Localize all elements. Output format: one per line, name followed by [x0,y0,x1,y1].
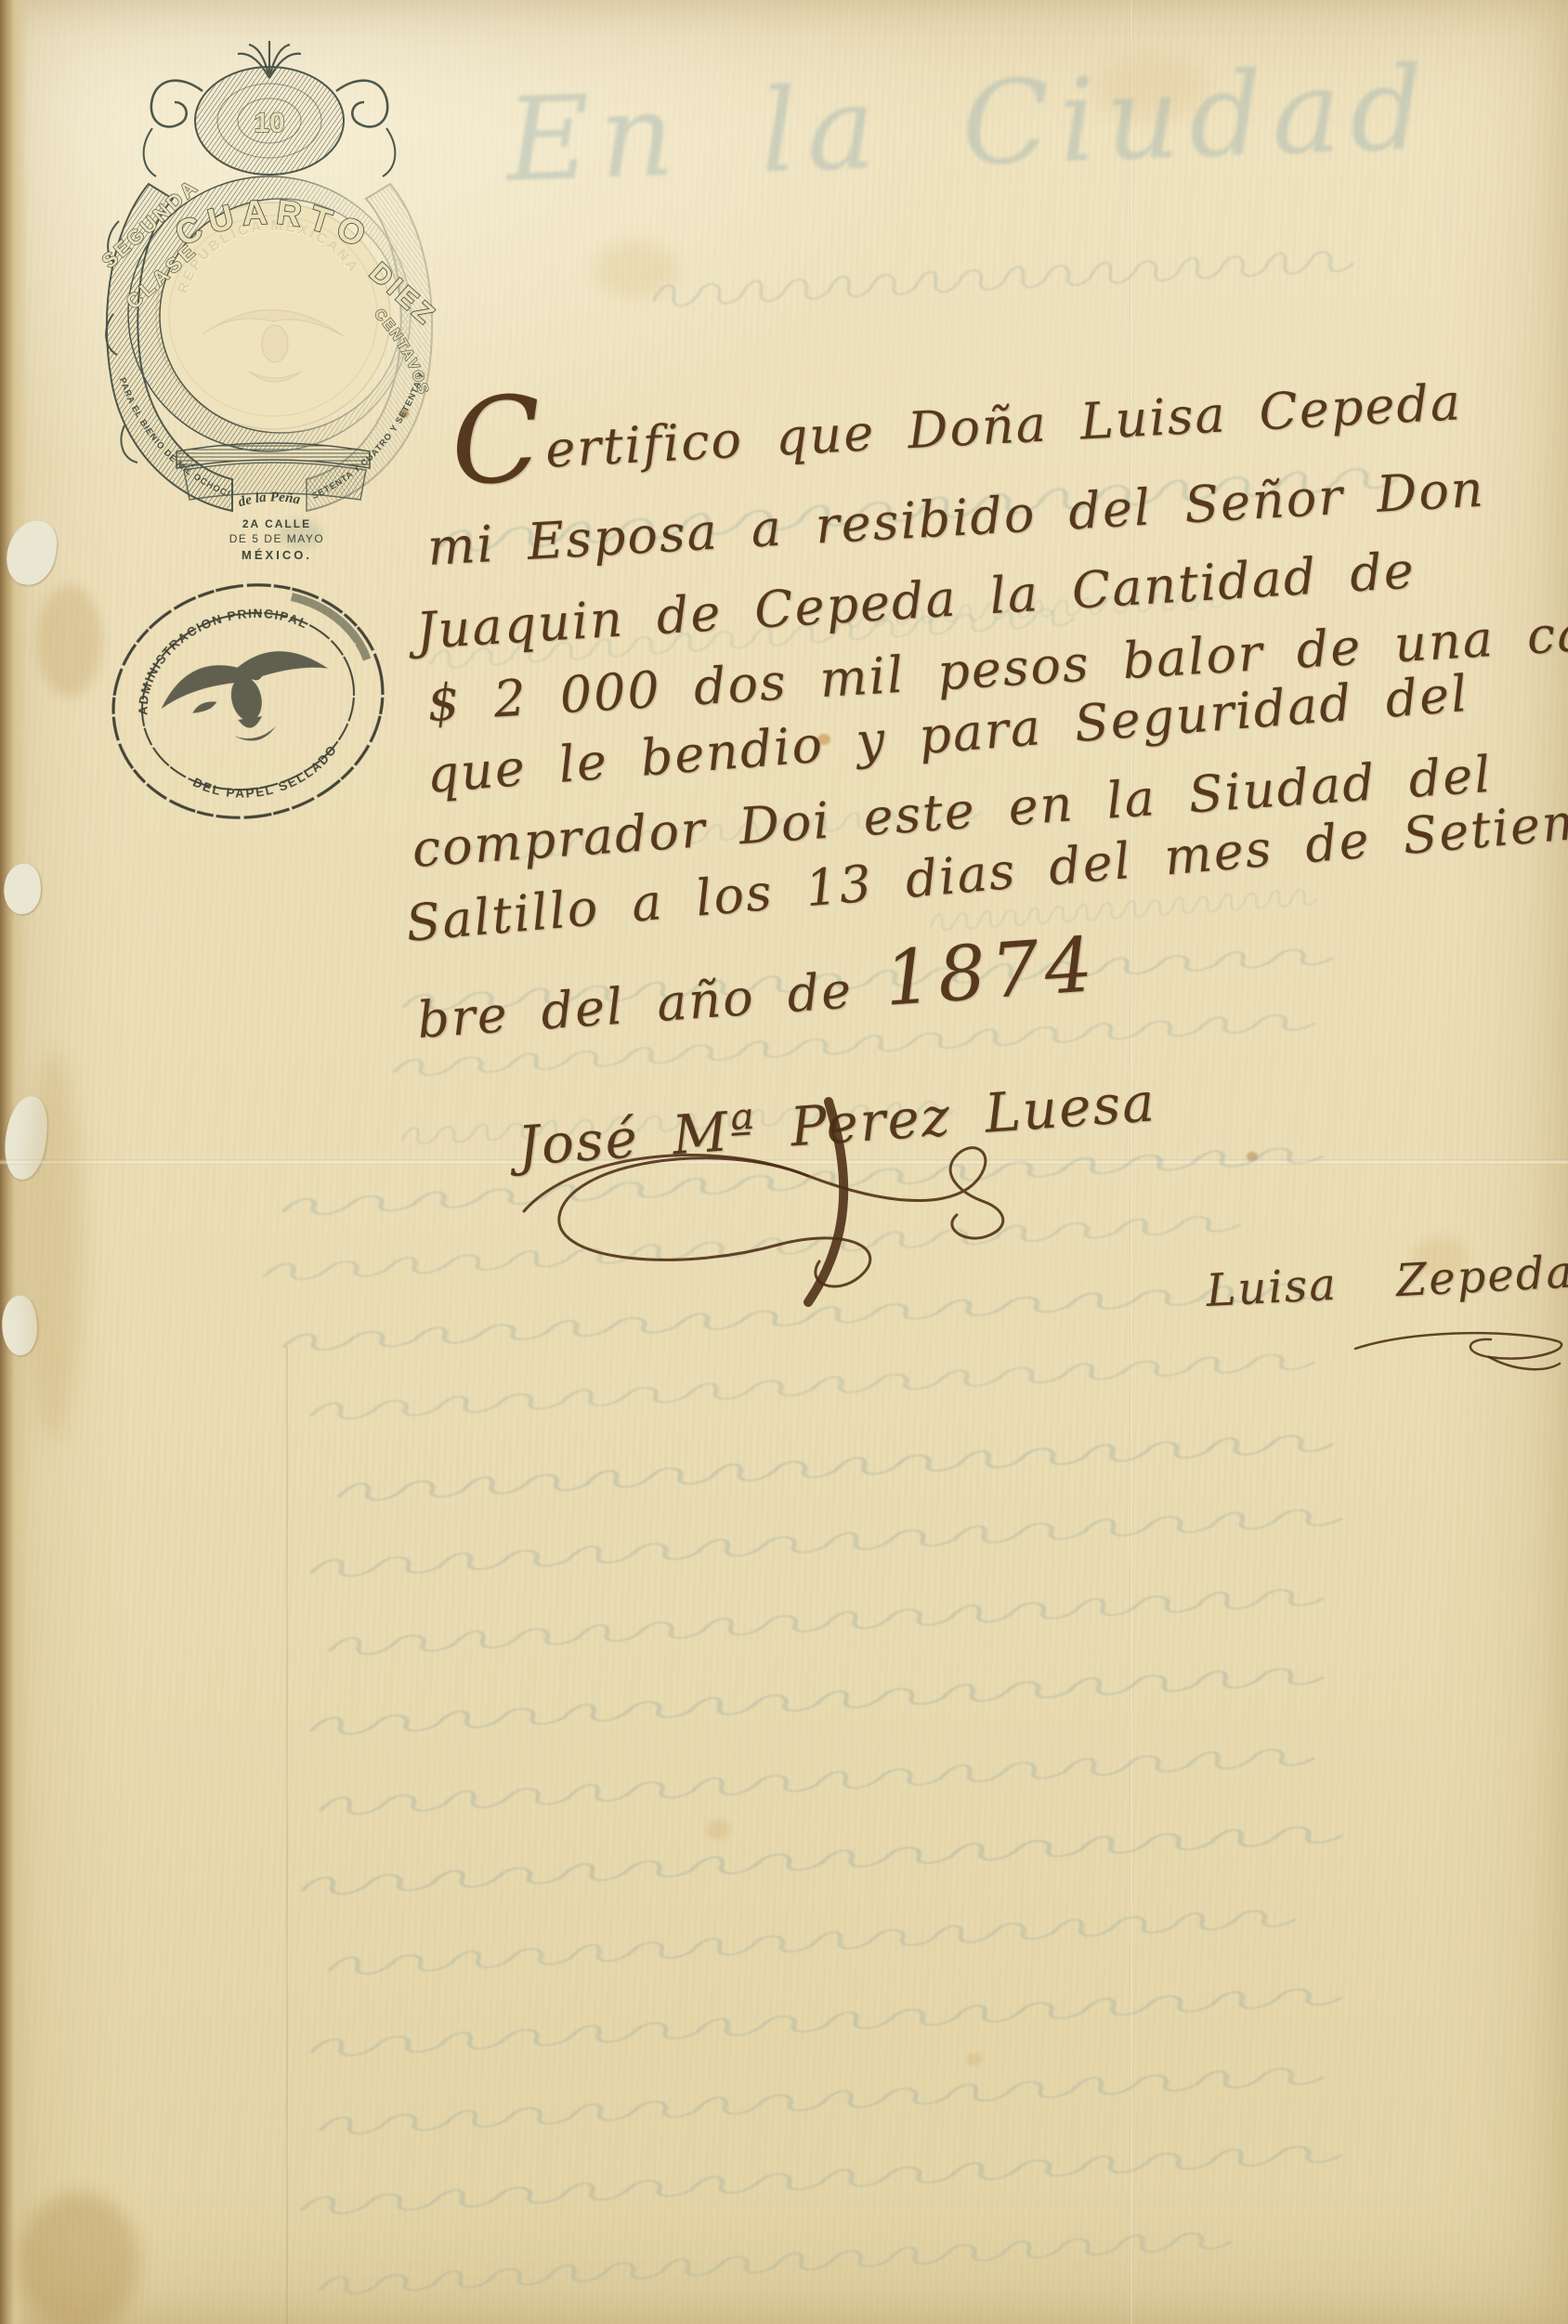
stain [19,2192,139,2324]
imprint-street2: DE 5 DE MAYO [229,532,324,545]
ghost-line [315,2220,1235,2302]
ghost-line [296,2134,1346,2222]
party-signature: Luisa Zepeda de Peres [1205,1230,1568,1317]
foxing-spot [966,2053,983,2066]
seal-ring-text-bottom: DEL PAPEL SELLADO [188,739,347,814]
ghost-line [333,1423,1337,1508]
signature-paraph-flourish [502,1102,1022,1325]
ghost-line [306,1976,1346,2064]
verso-margin-line [286,1347,288,2324]
ghost-line [324,1577,1327,1663]
ghost-line [306,1496,1346,1585]
ghost-line [315,1737,1318,1822]
revenue-stamp: REPUBLICA MEXICANA REPUBLICA MEXICANA [91,35,453,569]
manuscript-year: 1874 [882,921,1101,1024]
ghost-line [306,1655,1327,1743]
signature-underline-flourish [1352,1317,1568,1382]
scanned-document-page: En la Ciudad [0,0,1568,2324]
foxing-spot [706,1821,730,1839]
ghost-line [324,1898,1300,1982]
stamp-denomination: 10 [254,108,284,138]
oval-ink-seal: ADMINISTRACION PRINCIPAL DEL PAPEL SELLA… [80,547,417,856]
imprint-street: 2A CALLE [242,517,311,530]
ghost-line [649,237,1356,315]
seal-eagle [154,640,340,760]
ghost-line [306,1342,1318,1427]
ghost-heading: En la Ciudad [503,42,1434,208]
ghost-line [315,2056,1327,2142]
ghost-line [296,1814,1346,1902]
stain [26,1050,82,1440]
